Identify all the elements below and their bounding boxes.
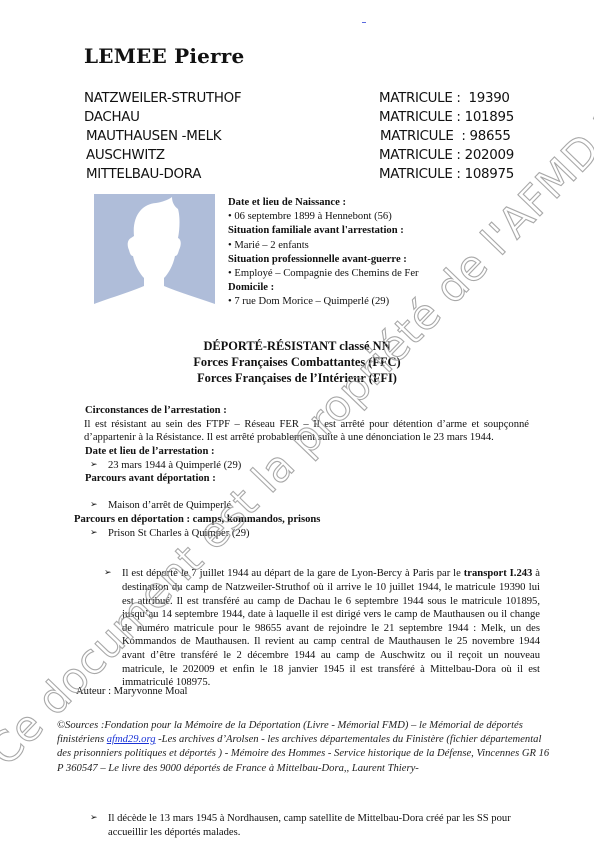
portrait-photo: [94, 194, 215, 312]
status-block: DÉPORTÉ-RÉSISTANT classé NN Forces Franç…: [0, 339, 594, 386]
afmd29-link[interactable]: afmd29.org: [107, 734, 156, 745]
camp-name: MITTELBAU-DORA: [86, 167, 201, 182]
camp-matricule: MATRICULE : 202009: [379, 148, 514, 163]
deportation-item: Il est déporté le 7 juillet 1944 au dépa…: [100, 567, 540, 689]
deportation-text: Il est déporté le 7 juillet 1944 au dépa…: [122, 568, 464, 579]
camp-matricule: MATRICULE : 98655: [380, 129, 511, 144]
before-deportation-heading: Parcours avant déportation :: [85, 472, 216, 486]
domicile-label: Domicile :: [228, 281, 419, 295]
circumstances-text: Il est résistant au sein des FTPF – Rése…: [84, 418, 529, 445]
camp-list: NATZWEILER-STRUTHOF MATRICULE : 19390 DA…: [84, 91, 544, 186]
status-classification: DÉPORTÉ-RÉSISTANT classé NN: [0, 339, 594, 355]
arrest-date-heading: Date et lieu de l’arrestation :: [85, 445, 215, 459]
family-label: Situation familiale avant l'arrestation …: [228, 224, 419, 238]
camp-name: DACHAU: [84, 110, 140, 125]
bio-section: Date et lieu de Naissance : 06 septembre…: [228, 196, 419, 310]
camp-matricule: MATRICULE : 101895: [379, 110, 514, 125]
transport-number: transport I.243: [464, 568, 533, 579]
sources: ©Sources :Fondation pour la Mémoire de l…: [57, 719, 557, 776]
camp-row: MAUTHAUSEN -MELK MATRICULE : 98655: [84, 129, 544, 148]
camp-row: AUSCHWITZ MATRICULE : 202009: [84, 148, 544, 167]
profession-value: Employé – Compagnie des Chemins de Fer: [228, 267, 419, 281]
header-mark: [362, 22, 366, 23]
before-deportation-item: Prison St Charles à Quimper (29): [86, 527, 594, 541]
death-item: Il décède le 13 mars 1945 à Nordhausen, …: [86, 812, 550, 839]
domicile-value: 7 rue Dom Morice – Quimperlé (29): [228, 295, 419, 309]
deportation-heading: Parcours en déportation : camps, kommand…: [74, 513, 320, 527]
arrest-date-item: 23 mars 1944 à Quimperlé (29): [86, 459, 594, 473]
camp-row: MITTELBAU-DORA MATRICULE : 108975: [84, 167, 544, 186]
status-ffc: Forces Françaises Combattantes (FFC): [0, 355, 594, 371]
author: Auteur : Maryvonne Moal: [76, 686, 188, 697]
family-value: Marié – 2 enfants: [228, 239, 419, 253]
deportation-text: à destination du camp de Natzweiler-Stru…: [122, 568, 540, 688]
circumstances-heading: Circonstances de l’arrestation :: [85, 404, 227, 418]
camp-matricule: MATRICULE : 108975: [379, 167, 514, 182]
camp-name: MAUTHAUSEN -MELK: [86, 129, 221, 144]
birth-value: 06 septembre 1899 à Hennebont (56): [228, 210, 419, 224]
person-name: LEMEE Pierre: [84, 44, 244, 68]
person-silhouette-icon: [94, 194, 215, 312]
camp-name: AUSCHWITZ: [86, 148, 165, 163]
camp-name: NATZWEILER-STRUTHOF: [84, 91, 241, 106]
birth-label: Date et lieu de Naissance :: [228, 196, 419, 210]
narrative-section: Circonstances de l’arrestation : Il est …: [0, 404, 594, 594]
before-deportation-item: Maison d’arrêt de Quimperlé: [86, 499, 594, 513]
camp-row: DACHAU MATRICULE : 101895: [84, 110, 544, 129]
profession-label: Situation professionnelle avant-guerre :: [228, 253, 419, 267]
camp-matricule: MATRICULE : 19390: [379, 91, 510, 106]
status-ffi: Forces Françaises de l’Intérieur (FFI): [0, 371, 594, 387]
camp-row: NATZWEILER-STRUTHOF MATRICULE : 19390: [84, 91, 544, 110]
